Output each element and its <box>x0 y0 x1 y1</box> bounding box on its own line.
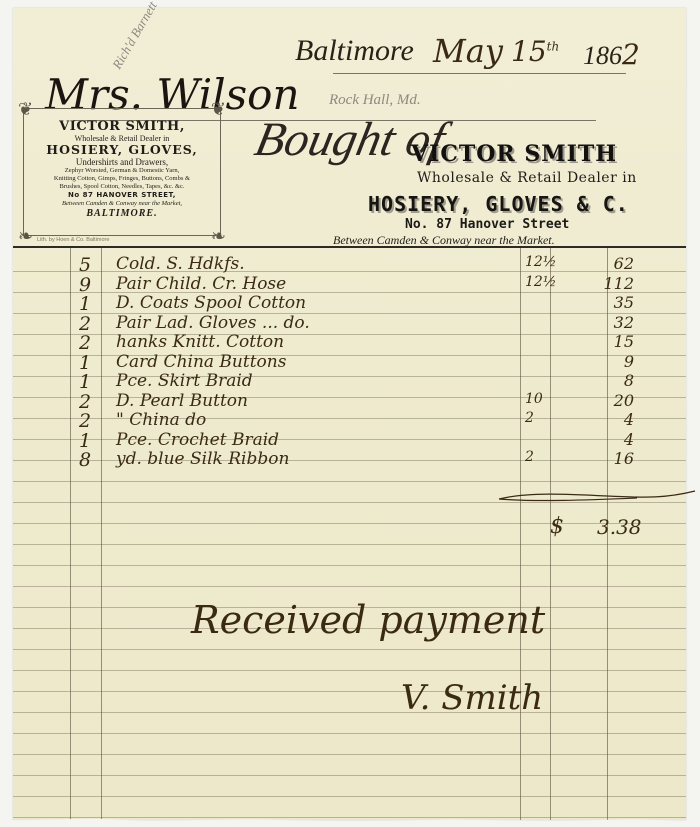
item-description: Pce. Crochet Braid <box>116 430 279 450</box>
line-item-row: 8yd. blue Silk Ribbon216 <box>13 449 686 470</box>
date-day: 15th <box>511 35 559 68</box>
item-amount: 20 <box>614 391 634 410</box>
firm-name: VICTOR SMITH <box>411 141 617 167</box>
line-item-row: 1Card China Buttons9 <box>13 352 686 373</box>
vignette-line5: Knitting Cotton, Gimps, Fringes, Buttons… <box>24 175 220 183</box>
date-year-prefix: 186 <box>583 41 622 70</box>
item-description: Pair Lad. Gloves ... do. <box>116 313 310 333</box>
date-day-suffix: th <box>547 40 560 54</box>
received-payment: Received payment <box>191 598 545 642</box>
item-amount: 4 <box>624 430 634 449</box>
line-item-row: 2Pair Lad. Gloves ... do.32 <box>13 313 686 334</box>
date-month: May <box>433 32 503 70</box>
lithographer-imprint: Lith. by Hoen & Co. Baltimore <box>37 237 109 243</box>
signature: V. Smith <box>401 678 543 718</box>
vignette-name: VICTOR SMITH, <box>24 119 220 134</box>
vignette-city: BALTIMORE. <box>24 208 220 220</box>
item-description: Cold. S. Hdkfs. <box>116 254 245 274</box>
place-text: Baltimore <box>295 34 414 67</box>
item-rate: 12½ <box>525 274 556 290</box>
goods-line: HOSIERY, GLOVES & C. <box>368 192 629 216</box>
date-year-suffix: 2 <box>622 38 640 71</box>
date-year: 1862 <box>583 38 640 71</box>
line-item-row: 1D. Coats Spool Cotton35 <box>13 293 686 314</box>
underline-flourish-icon <box>497 490 697 504</box>
invoice-total: 3.38 <box>597 515 642 539</box>
item-amount: 32 <box>614 313 634 332</box>
line-item-row: 2D. Pearl Button1020 <box>13 391 686 412</box>
item-rate: 2 <box>525 449 534 465</box>
item-rate: 2 <box>525 410 534 426</box>
floral-ornament-icon: ❧ <box>18 226 33 247</box>
date-day-number: 15 <box>511 35 547 68</box>
item-amount: 9 <box>624 352 634 371</box>
item-amount: 15 <box>614 332 634 351</box>
vignette-line4: Zephyr Worsted, German & Domestic Yarn, <box>24 167 220 175</box>
floral-ornament-icon: ❦ <box>211 99 226 120</box>
item-description: Pair Child. Cr. Hose <box>116 274 286 294</box>
floral-ornament-icon: ❧ <box>211 226 226 247</box>
item-description: yd. blue Silk Ribbon <box>116 449 289 469</box>
item-amount: 4 <box>624 410 634 429</box>
currency-mark: $ <box>550 514 564 539</box>
item-amount: 8 <box>624 371 634 390</box>
dealer-line: Wholesale & Retail Dealer in <box>417 170 637 186</box>
line-item-row: 5Cold. S. Hdkfs.12½62 <box>13 254 686 275</box>
item-description: Card China Buttons <box>116 352 286 372</box>
item-description: D. Coats Spool Cotton <box>116 293 306 313</box>
pencil-note: Rich'd Barnett <box>109 0 161 72</box>
vignette-line2: HOSIERY, GLOVES, <box>24 143 220 157</box>
line-item-row: 2hanks Knitt. Cotton15 <box>13 332 686 353</box>
item-description: hanks Knitt. Cotton <box>116 332 284 352</box>
date-rule <box>333 73 626 74</box>
item-rate: 10 <box>525 391 543 407</box>
line-item-row: 9Pair Child. Cr. Hose12½112 <box>13 274 686 295</box>
vignette-between: Between Camden & Conway near the Market, <box>24 200 220 208</box>
date-place: Baltimore <box>295 34 414 68</box>
line-item-row: 1Pce. Skirt Braid8 <box>13 371 686 392</box>
item-description: " China do <box>116 410 206 430</box>
vignette-address: No 87 HANOVER STREET, <box>24 191 220 200</box>
floral-ornament-icon: ❦ <box>18 99 33 120</box>
vignette-line6: Brushes, Spool Cotton, Needles, Tapes, &… <box>24 183 220 191</box>
item-amount: 16 <box>614 449 634 468</box>
item-amount: 112 <box>603 274 634 293</box>
item-rate: 12½ <box>525 254 556 270</box>
item-quantity: 8 <box>79 449 105 471</box>
line-item-row: 2" China do24 <box>13 410 686 431</box>
line-item-row: 1Pce. Crochet Braid4 <box>13 430 686 451</box>
invoice-paper: Baltimore May 15th 1862 Mrs. Wilson Rich… <box>13 8 686 820</box>
customer-location: Rock Hall, Md. <box>329 92 421 109</box>
vignette-logo: ❦ ❦ ❧ ❧ VICTOR SMITH, Wholesale & Retail… <box>23 108 221 236</box>
item-amount: 35 <box>614 293 634 312</box>
vignette-line3: Undershirts and Drawers, <box>24 157 220 167</box>
item-description: D. Pearl Button <box>116 391 248 411</box>
item-description: Pce. Skirt Braid <box>116 371 253 391</box>
street-line: No. 87 Hanover Street <box>405 217 569 232</box>
item-amount: 62 <box>614 254 634 273</box>
